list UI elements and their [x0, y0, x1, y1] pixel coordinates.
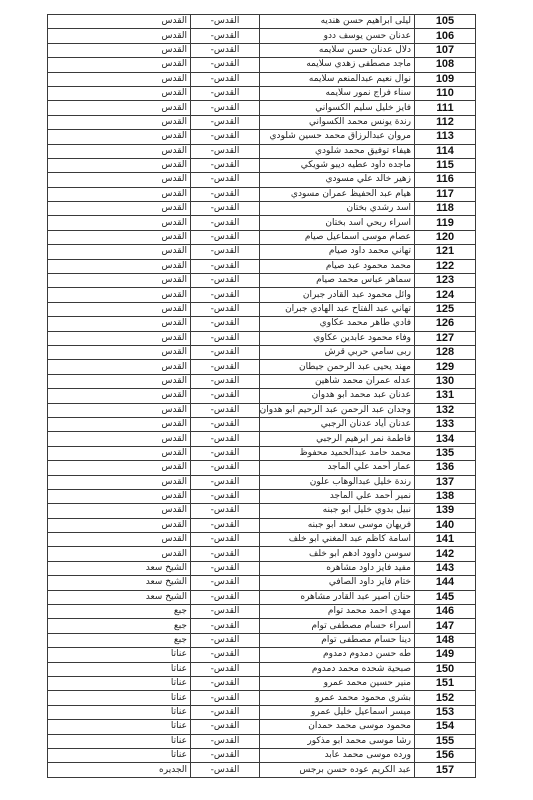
number-cell: 138 [415, 489, 476, 503]
district-cell: القدس- [191, 403, 260, 417]
table-row: القدسالقدس-تهاني عبد الفتاح عبد الهادي ج… [48, 302, 476, 316]
table-row: القدسالقدس-اسامة كاظم عبد المغني ابو خلف… [48, 533, 476, 547]
number-cell: 117 [415, 187, 476, 201]
table-row: عناتاالقدس-طه حسن دمدوم دمدوم149 [48, 648, 476, 662]
table-row: القدسالقدس-عدنان أياد عدنان الرجبي133 [48, 417, 476, 431]
number-cell: 129 [415, 360, 476, 374]
names-table: القدسالقدس-ليلى ابراهيم حسن هنديه105القد… [47, 14, 476, 778]
table-row: القدسالقدس-هيام عبد الحفيظ عمران مسودي11… [48, 187, 476, 201]
district-cell: القدس- [191, 461, 260, 475]
location-cell: القدس [48, 29, 191, 43]
district-cell: القدس- [191, 547, 260, 561]
number-cell: 119 [415, 216, 476, 230]
location-cell: القدس [48, 288, 191, 302]
number-cell: 148 [415, 633, 476, 647]
number-cell: 132 [415, 403, 476, 417]
table-row: عناتاالقدس-رشا موسى محمد ابو مذكور155 [48, 734, 476, 748]
table-row: القدسالقدس-دلال عدنان حسن سلايمه107 [48, 43, 476, 57]
location-cell: الشيخ سعد [48, 561, 191, 575]
number-cell: 116 [415, 173, 476, 187]
location-cell: القدس [48, 101, 191, 115]
location-cell: القدس [48, 158, 191, 172]
name-cell: صبحية شحده محمد دمدوم [260, 662, 415, 676]
location-cell: القدس [48, 144, 191, 158]
district-cell: القدس- [191, 216, 260, 230]
number-cell: 137 [415, 475, 476, 489]
name-cell: دلال عدنان حسن سلايمه [260, 43, 415, 57]
table-row: القدسالقدس-رندة خليل عبدالوهاب علون137 [48, 475, 476, 489]
district-cell: القدس- [191, 576, 260, 590]
district-cell: القدس- [191, 360, 260, 374]
number-cell: 147 [415, 619, 476, 633]
district-cell: القدس- [191, 187, 260, 201]
location-cell: القدس [48, 547, 191, 561]
name-cell: سماهر عباس محمد صيام [260, 274, 415, 288]
name-cell: نمير أحمد علي الماجد [260, 489, 415, 503]
name-cell: محمد محمود عبد صيام [260, 259, 415, 273]
table-row: القدسالقدس-نوال نعيم عبدالمنعم سلايمه109 [48, 72, 476, 86]
table-row: عناتاالقدس-ميسر اسماعيل خليل عمرو153 [48, 705, 476, 719]
number-cell: 133 [415, 417, 476, 431]
number-cell: 106 [415, 29, 476, 43]
table-row: الشيخ سعدالقدس-حنان اصير عبد القادر مشاه… [48, 590, 476, 604]
district-cell: القدس- [191, 648, 260, 662]
district-cell: القدس- [191, 317, 260, 331]
location-cell: القدس [48, 331, 191, 345]
district-cell: القدس- [191, 230, 260, 244]
name-cell: اسد رشدي بختان [260, 202, 415, 216]
location-cell: القدس [48, 58, 191, 72]
location-cell: القدس [48, 173, 191, 187]
location-cell: القدس [48, 274, 191, 288]
district-cell: القدس- [191, 504, 260, 518]
table-row: الجديرهالقدس-عبد الكريم عوده حسن برجس157 [48, 763, 476, 777]
name-cell: نبيل بدوي خليل ابو جبنه [260, 504, 415, 518]
number-cell: 141 [415, 533, 476, 547]
name-cell: عدله عمران محمد شاهين [260, 374, 415, 388]
name-cell: منير حسين محمد عمرو [260, 676, 415, 690]
number-cell: 108 [415, 58, 476, 72]
table-row: الشيخ سعدالقدس-مفيد فايز داود مشاهره143 [48, 561, 476, 575]
district-cell: القدس- [191, 389, 260, 403]
name-cell: هيام عبد الحفيظ عمران مسودي [260, 187, 415, 201]
district-cell: القدس- [191, 15, 260, 29]
location-cell: القدس [48, 475, 191, 489]
location-cell: الجديره [48, 763, 191, 777]
name-cell: عدنان أياد عدنان الرجبي [260, 417, 415, 431]
table-row: جبعالقدس-مهدي احمد محمد توام146 [48, 605, 476, 619]
name-cell: سناء فراج نمور سلايمه [260, 86, 415, 100]
district-cell: القدس- [191, 417, 260, 431]
table-row: القدسالقدس-وائل محمود عبد القادر جبران12… [48, 288, 476, 302]
district-cell: القدس- [191, 489, 260, 503]
name-cell: فريهان موسى سعد ابو جبنه [260, 518, 415, 532]
location-cell: عناتا [48, 662, 191, 676]
name-cell: اسراء ربحي اسد بختان [260, 216, 415, 230]
name-cell: ورده موسى محمد عابد [260, 748, 415, 762]
location-cell: القدس [48, 345, 191, 359]
district-cell: القدس- [191, 662, 260, 676]
location-cell: القدس [48, 533, 191, 547]
number-cell: 145 [415, 590, 476, 604]
district-cell: القدس- [191, 302, 260, 316]
table-row: الشيخ سعدالقدس-ختام فايز داود الصافي144 [48, 576, 476, 590]
location-cell: القدس [48, 259, 191, 273]
location-cell: القدس [48, 360, 191, 374]
name-cell: دينا حسام مصطفى توام [260, 633, 415, 647]
number-cell: 125 [415, 302, 476, 316]
district-cell: القدس- [191, 274, 260, 288]
location-cell: القدس [48, 518, 191, 532]
district-cell: القدس- [191, 691, 260, 705]
district-cell: القدس- [191, 202, 260, 216]
name-cell: محمود موسى محمد حمدان [260, 720, 415, 734]
table-row: القدسالقدس-ربى سامي حربي قرش128 [48, 345, 476, 359]
district-cell: القدس- [191, 173, 260, 187]
name-cell: عمار أحمد علي الماجد [260, 461, 415, 475]
location-cell: القدس [48, 187, 191, 201]
number-cell: 131 [415, 389, 476, 403]
district-cell: القدس- [191, 86, 260, 100]
location-cell: عناتا [48, 691, 191, 705]
table-row: عناتاالقدس-بشرى محمود محمد عمرو152 [48, 691, 476, 705]
name-cell: عدنان عبد محمد ابو هدوان [260, 389, 415, 403]
table-row: القدسالقدس-نبيل بدوي خليل ابو جبنه139 [48, 504, 476, 518]
district-cell: القدس- [191, 734, 260, 748]
table-row: القدسالقدس-تهاني محمد داود صيام121 [48, 245, 476, 259]
name-cell: محمد حامد عبدالحميد محفوظ [260, 446, 415, 460]
table-row: القدسالقدس-هيفاء توفيق محمد شلودي114 [48, 144, 476, 158]
location-cell: القدس [48, 504, 191, 518]
table-row: القدسالقدس-زهير خالد علي مسودي116 [48, 173, 476, 187]
name-cell: تهاني عبد الفتاح عبد الهادي جبران [260, 302, 415, 316]
name-cell: ماجد مصطفى زهدي سلايمه [260, 58, 415, 72]
table-row: القدسالقدس-رندة يونس محمد الكسواني112 [48, 115, 476, 129]
name-cell: مفيد فايز داود مشاهره [260, 561, 415, 575]
district-cell: القدس- [191, 259, 260, 273]
district-cell: القدس- [191, 29, 260, 43]
number-cell: 107 [415, 43, 476, 57]
location-cell: عناتا [48, 748, 191, 762]
table-row: القدسالقدس-وجدان عبد الرحمن عبد الرحيم ا… [48, 403, 476, 417]
number-cell: 144 [415, 576, 476, 590]
district-cell: القدس- [191, 432, 260, 446]
district-cell: القدس- [191, 720, 260, 734]
number-cell: 152 [415, 691, 476, 705]
document-page: القدسالقدس-ليلى ابراهيم حسن هنديه105القد… [47, 14, 469, 778]
location-cell: القدس [48, 202, 191, 216]
district-cell: القدس- [191, 518, 260, 532]
number-cell: 134 [415, 432, 476, 446]
district-cell: القدس- [191, 130, 260, 144]
name-cell: ماجده داود عطيه ديبو شويكي [260, 158, 415, 172]
name-cell: ربى سامي حربي قرش [260, 345, 415, 359]
district-cell: القدس- [191, 374, 260, 388]
number-cell: 122 [415, 259, 476, 273]
district-cell: القدس- [191, 144, 260, 158]
number-cell: 118 [415, 202, 476, 216]
district-cell: القدس- [191, 72, 260, 86]
number-cell: 135 [415, 446, 476, 460]
district-cell: القدس- [191, 748, 260, 762]
number-cell: 115 [415, 158, 476, 172]
name-cell: حنان اصير عبد القادر مشاهره [260, 590, 415, 604]
name-cell: اسراء حسام مصطفى توام [260, 619, 415, 633]
district-cell: القدس- [191, 58, 260, 72]
number-cell: 150 [415, 662, 476, 676]
district-cell: القدس- [191, 345, 260, 359]
location-cell: القدس [48, 216, 191, 230]
location-cell: القدس [48, 245, 191, 259]
number-cell: 105 [415, 15, 476, 29]
location-cell: القدس [48, 72, 191, 86]
location-cell: القدس [48, 489, 191, 503]
location-cell: عناتا [48, 676, 191, 690]
table-row: القدسالقدس-فريهان موسى سعد ابو جبنه140 [48, 518, 476, 532]
name-cell: رندة خليل عبدالوهاب علون [260, 475, 415, 489]
table-row: القدسالقدس-سوسن داوود ادهم ابو خلف142 [48, 547, 476, 561]
location-cell: عناتا [48, 734, 191, 748]
name-cell: عدنان حسن يوسف ددو [260, 29, 415, 43]
number-cell: 112 [415, 115, 476, 129]
name-cell: زهير خالد علي مسودي [260, 173, 415, 187]
number-cell: 114 [415, 144, 476, 158]
number-cell: 110 [415, 86, 476, 100]
number-cell: 124 [415, 288, 476, 302]
table-row: عناتاالقدس-ورده موسى محمد عابد156 [48, 748, 476, 762]
location-cell: الشيخ سعد [48, 576, 191, 590]
name-cell: ختام فايز داود الصافي [260, 576, 415, 590]
table-row: جبعالقدس-دينا حسام مصطفى توام148 [48, 633, 476, 647]
district-cell: القدس- [191, 619, 260, 633]
table-row: القدسالقدس-عمار أحمد علي الماجد136 [48, 461, 476, 475]
name-cell: وجدان عبد الرحمن عبد الرحيم ابو هدوان [260, 403, 415, 417]
district-cell: القدس- [191, 605, 260, 619]
number-cell: 142 [415, 547, 476, 561]
location-cell: جبع [48, 605, 191, 619]
district-cell: القدس- [191, 446, 260, 460]
name-cell: رشا موسى محمد ابو مذكور [260, 734, 415, 748]
location-cell: القدس [48, 317, 191, 331]
name-cell: هيفاء توفيق محمد شلودي [260, 144, 415, 158]
district-cell: القدس- [191, 331, 260, 345]
name-cell: بشرى محمود محمد عمرو [260, 691, 415, 705]
number-cell: 140 [415, 518, 476, 532]
location-cell: القدس [48, 302, 191, 316]
district-cell: القدس- [191, 245, 260, 259]
location-cell: القدس [48, 417, 191, 431]
table-row: القدسالقدس-عدنان عبد محمد ابو هدوان131 [48, 389, 476, 403]
location-cell: القدس [48, 461, 191, 475]
name-cell: وائل محمود عبد القادر جبران [260, 288, 415, 302]
name-cell: نوال نعيم عبدالمنعم سلايمه [260, 72, 415, 86]
table-row: القدسالقدس-سناء فراج نمور سلايمه110 [48, 86, 476, 100]
district-cell: القدس- [191, 763, 260, 777]
district-cell: القدس- [191, 561, 260, 575]
location-cell: عناتا [48, 705, 191, 719]
table-row: القدسالقدس-محمد محمود عبد صيام122 [48, 259, 476, 273]
district-cell: القدس- [191, 158, 260, 172]
location-cell: القدس [48, 446, 191, 460]
table-row: القدسالقدس-عدله عمران محمد شاهين130 [48, 374, 476, 388]
number-cell: 151 [415, 676, 476, 690]
district-cell: القدس- [191, 101, 260, 115]
table-row: القدسالقدس-ماجده داود عطيه ديبو شويكي115 [48, 158, 476, 172]
location-cell: القدس [48, 43, 191, 57]
location-cell: عناتا [48, 720, 191, 734]
name-cell: مروان عبدالرزاق محمد حسين شلودي [260, 130, 415, 144]
district-cell: القدس- [191, 705, 260, 719]
name-cell: اسامة كاظم عبد المغني ابو خلف [260, 533, 415, 547]
number-cell: 146 [415, 605, 476, 619]
table-row: القدسالقدس-مهند يحيى عبد الرحمن جيطان129 [48, 360, 476, 374]
location-cell: القدس [48, 86, 191, 100]
location-cell: القدس [48, 374, 191, 388]
number-cell: 149 [415, 648, 476, 662]
district-cell: القدس- [191, 676, 260, 690]
number-cell: 143 [415, 561, 476, 575]
name-cell: ليلى ابراهيم حسن هنديه [260, 15, 415, 29]
table-row: القدسالقدس-وفاء محمود عابدين عكاوي127 [48, 331, 476, 345]
number-cell: 130 [415, 374, 476, 388]
table-row: القدسالقدس-ماجد مصطفى زهدي سلايمه108 [48, 58, 476, 72]
number-cell: 121 [415, 245, 476, 259]
name-cell: فايز خليل سليم الكسواني [260, 101, 415, 115]
table-row: القدسالقدس-محمد حامد عبدالحميد محفوظ135 [48, 446, 476, 460]
location-cell: القدس [48, 230, 191, 244]
number-cell: 139 [415, 504, 476, 518]
table-row: جبعالقدس-اسراء حسام مصطفى توام147 [48, 619, 476, 633]
name-cell: عبد الكريم عوده حسن برجس [260, 763, 415, 777]
name-cell: رندة يونس محمد الكسواني [260, 115, 415, 129]
location-cell: القدس [48, 432, 191, 446]
table-row: القدسالقدس-فايز خليل سليم الكسواني111 [48, 101, 476, 115]
number-cell: 157 [415, 763, 476, 777]
number-cell: 153 [415, 705, 476, 719]
number-cell: 123 [415, 274, 476, 288]
table-row: القدسالقدس-ليلى ابراهيم حسن هنديه105 [48, 15, 476, 29]
name-cell: مهدي احمد محمد توام [260, 605, 415, 619]
name-cell: ميسر اسماعيل خليل عمرو [260, 705, 415, 719]
number-cell: 127 [415, 331, 476, 345]
location-cell: القدس [48, 15, 191, 29]
name-cell: وفاء محمود عابدين عكاوي [260, 331, 415, 345]
table-row: القدسالقدس-مروان عبدالرزاق محمد حسين شلو… [48, 130, 476, 144]
number-cell: 120 [415, 230, 476, 244]
table-row: عناتاالقدس-محمود موسى محمد حمدان154 [48, 720, 476, 734]
number-cell: 128 [415, 345, 476, 359]
number-cell: 154 [415, 720, 476, 734]
table-row: القدسالقدس-اسراء ربحي اسد بختان119 [48, 216, 476, 230]
district-cell: القدس- [191, 43, 260, 57]
district-cell: القدس- [191, 633, 260, 647]
table-row: القدسالقدس-عصام موسى اسماعيل صيام120 [48, 230, 476, 244]
location-cell: القدس [48, 389, 191, 403]
district-cell: القدس- [191, 115, 260, 129]
name-cell: فادي طاهر محمد عكاوي [260, 317, 415, 331]
name-cell: تهاني محمد داود صيام [260, 245, 415, 259]
district-cell: القدس- [191, 590, 260, 604]
district-cell: القدس- [191, 288, 260, 302]
location-cell: الشيخ سعد [48, 590, 191, 604]
number-cell: 126 [415, 317, 476, 331]
location-cell: جبع [48, 619, 191, 633]
number-cell: 113 [415, 130, 476, 144]
location-cell: القدس [48, 403, 191, 417]
number-cell: 136 [415, 461, 476, 475]
table-row: القدسالقدس-سماهر عباس محمد صيام123 [48, 274, 476, 288]
number-cell: 111 [415, 101, 476, 115]
table-row: القدسالقدس-فاطمة نمر ابرهيم الرجبي134 [48, 432, 476, 446]
name-cell: طه حسن دمدوم دمدوم [260, 648, 415, 662]
location-cell: القدس [48, 130, 191, 144]
name-cell: سوسن داوود ادهم ابو خلف [260, 547, 415, 561]
district-cell: القدس- [191, 533, 260, 547]
number-cell: 109 [415, 72, 476, 86]
location-cell: عناتا [48, 648, 191, 662]
table-row: القدسالقدس-نمير أحمد علي الماجد138 [48, 489, 476, 503]
table-row: عناتاالقدس-منير حسين محمد عمرو151 [48, 676, 476, 690]
location-cell: جبع [48, 633, 191, 647]
table-row: عناتاالقدس-صبحية شحده محمد دمدوم150 [48, 662, 476, 676]
table-row: القدسالقدس-فادي طاهر محمد عكاوي126 [48, 317, 476, 331]
location-cell: القدس [48, 115, 191, 129]
table-row: القدسالقدس-عدنان حسن يوسف ددو106 [48, 29, 476, 43]
name-cell: عصام موسى اسماعيل صيام [260, 230, 415, 244]
number-cell: 156 [415, 748, 476, 762]
name-cell: مهند يحيى عبد الرحمن جيطان [260, 360, 415, 374]
name-cell: فاطمة نمر ابرهيم الرجبي [260, 432, 415, 446]
district-cell: القدس- [191, 475, 260, 489]
number-cell: 155 [415, 734, 476, 748]
table-row: القدسالقدس-اسد رشدي بختان118 [48, 202, 476, 216]
